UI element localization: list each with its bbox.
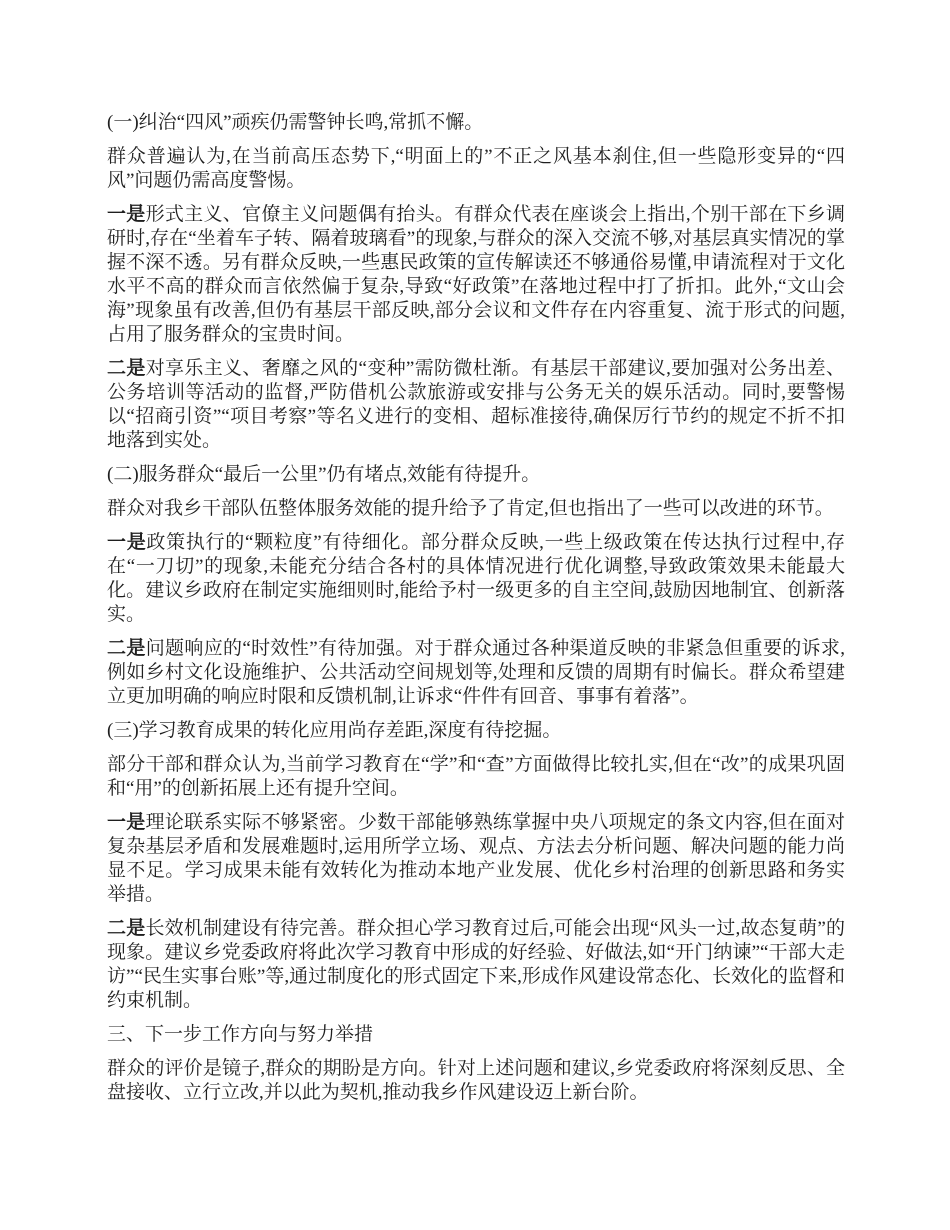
- paragraph-lead: 二是: [107, 358, 146, 379]
- next-steps-body: 群众的评价是镜子,群众的期盼是方向。针对上述问题和建议,乡党委政府将深刻反思、全…: [107, 1057, 845, 1105]
- paragraph-text: 群众对我乡干部队伍整体服务效能的提升给予了肯定,但也指出了一些可以改进的环节。: [107, 498, 834, 519]
- section-2-point-2: 二是问题响应的“时效性”有待加强。对于群众通过各种渠道反映的非紧急但重要的诉求,…: [107, 637, 845, 709]
- section-3-heading: (三)学习教育成果的转化应用尚存差距,深度有待挖掘。: [107, 719, 845, 743]
- section-2-heading: (二)服务群众“最后一公里”仍有堵点,效能有待提升。: [107, 463, 845, 487]
- section-1-point-2: 二是对享乐主义、奢靡之风的“变种”需防微杜渐。有基层干部建议,要加强对公务出差、…: [107, 357, 845, 453]
- paragraph-text: (三)学习教育成果的转化应用尚存差距,深度有待挖掘。: [107, 720, 561, 741]
- paragraph-text: 部分干部和群众认为,当前学习教育在“学”和“查”方面做得比较扎实,但在“改”的成…: [107, 754, 845, 799]
- paragraph-text: 三、下一步工作方向与努力举措: [107, 1024, 373, 1045]
- section-3-point-1: 一是理论联系实际不够紧密。少数干部能够熟练掌握中央八项规定的条文内容,但在面对复…: [107, 811, 845, 907]
- paragraph-lead: 一是: [107, 532, 146, 553]
- paragraph-text: 理论联系实际不够紧密。少数干部能够熟练掌握中央八项规定的条文内容,但在面对复杂基…: [107, 812, 845, 905]
- paragraph-lead: 二是: [107, 918, 145, 939]
- section-1-intro: 群众普遍认为,在当前高压态势下,“明面上的”不正之风基本刹住,但一些隐形变异的“…: [107, 145, 845, 193]
- section-3-intro: 部分干部和群众认为,当前学习教育在“学”和“查”方面做得比较扎实,但在“改”的成…: [107, 753, 845, 801]
- paragraph-text: 群众的评价是镜子,群众的期盼是方向。针对上述问题和建议,乡党委政府将深刻反思、全…: [107, 1058, 845, 1103]
- next-steps-heading: 三、下一步工作方向与努力举措: [107, 1023, 845, 1047]
- paragraph-text: 问题响应的“时效性”有待加强。对于群众通过各种渠道反映的非紧急但重要的诉求,例如…: [107, 638, 845, 707]
- paragraph-lead: 一是: [107, 204, 146, 225]
- paragraph-text: 群众普遍认为,在当前高压态势下,“明面上的”不正之风基本刹住,但一些隐形变异的“…: [107, 146, 845, 191]
- section-1-point-1: 一是形式主义、官僚主义问题偶有抬头。有群众代表在座谈会上指出,个别干部在下乡调研…: [107, 203, 845, 347]
- document-page: (一)纠治“四风”顽疾仍需警钟长鸣,常抓不懈。 群众普遍认为,在当前高压态势下,…: [0, 0, 950, 1105]
- paragraph-text: (二)服务群众“最后一公里”仍有堵点,效能有待提升。: [107, 464, 540, 485]
- paragraph-text: (一)纠治“四风”顽疾仍需警钟长鸣,常抓不懈。: [107, 112, 483, 133]
- section-1-heading: (一)纠治“四风”顽疾仍需警钟长鸣,常抓不懈。: [107, 111, 845, 135]
- section-2-point-1: 一是政策执行的“颗粒度”有待细化。部分群众反映,一些上级政策在传达执行过程中,存…: [107, 531, 845, 627]
- paragraph-text: 长效机制建设有待完善。群众担心学习教育过后,可能会出现“风头一过,故态复萌”的现…: [107, 918, 845, 1011]
- paragraph-lead: 一是: [107, 812, 146, 833]
- paragraph-text: 政策执行的“颗粒度”有待细化。部分群众反映,一些上级政策在传达执行过程中,存在“…: [107, 532, 845, 625]
- section-3-point-2: 二是长效机制建设有待完善。群众担心学习教育过后,可能会出现“风头一过,故态复萌”…: [107, 917, 845, 1013]
- paragraph-lead: 二是: [107, 638, 146, 659]
- paragraph-text: 对享乐主义、奢靡之风的“变种”需防微杜渐。有基层干部建议,要加强对公务出差、公务…: [107, 358, 845, 451]
- paragraph-text: 形式主义、官僚主义问题偶有抬头。有群众代表在座谈会上指出,个别干部在下乡调研时,…: [107, 204, 845, 345]
- section-2-intro: 群众对我乡干部队伍整体服务效能的提升给予了肯定,但也指出了一些可以改进的环节。: [107, 497, 845, 521]
